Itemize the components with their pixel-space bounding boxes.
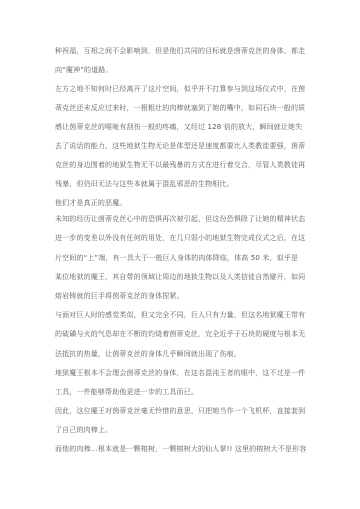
- text-line: 克丝的身边围着的地狱生物无不以最残暴的方式在进行着交合，尽管人类教徒再: [55, 160, 307, 170]
- text-line: 而他的肉棒...根本就是一颗榕树，一颗榕树大的仙人掌!! 这里的榕树大不是形容: [55, 444, 307, 454]
- text-line: 熔岩铸就的巨手将茵蒂克丝的身体捏紧。: [55, 291, 307, 301]
- text-line: 感让茵蒂克丝的喉咙有刮伤一般的疼痛，又经过 128 倍的放大，瞬间就让她失: [55, 122, 307, 132]
- document-page: 种祝福，互相之间不会影响到，但是他们共同的目标就是茵蒂克丝的身体，都走向“魔神”…: [0, 0, 360, 509]
- text-line: 进一步的变差以外没有任何的用处，在几只弱小的地狱生物完成仪式之后，在这: [55, 233, 307, 243]
- text-line: 蒂克丝还未反应过来时，一根粗壮的肉棒就塞到了她的嘴中，如同石块一般的质: [55, 103, 307, 113]
- text-line: 残暴，但仍旧无法与这些本就属于混乱邪恶的生物相比。: [55, 179, 307, 189]
- text-line: 种祝福，互相之间不会影响到，但是他们共同的目标就是茵蒂克丝的身体，都走: [55, 46, 307, 56]
- text-line: 的硫磺与火的气息却在不断的灼烧着茵蒂克丝，完全近乎于石块的硬度与根本无: [55, 329, 307, 339]
- text-line: 某位地狱的魔王，其自带的领域让周边的地狱生物以及人类信徒自然避开，如同: [55, 272, 307, 282]
- text-line: 他们才是真正的恶魔。: [55, 198, 307, 208]
- text-line: 工具，一件能够帮助他更进一步的工具而已。: [55, 387, 307, 397]
- text-line: 片空间的“上”端，有一具大于一般巨人身体的肉体降临，体高 50 米，似乎是: [55, 253, 307, 263]
- text-line: 向“魔神”的道路。: [55, 65, 307, 75]
- text-line: 左方之地不知何时已经离开了这片空间，似乎并不打算参与到这场仪式中，在茵: [55, 84, 307, 94]
- text-line: 未知的经历让茵蒂克丝心中的恐惧再次被引起，但这份恐惧除了让她的精神状态: [55, 214, 307, 224]
- text-line: 因此，这位魔王对茵蒂克丝毫无怜惜的意思，只把她当作一个飞机杯，直接套到: [55, 406, 307, 416]
- text-line: 去了说话的能力，这些地狱生物无论是体型还是速度都要比人类教徒要强，茵蒂: [55, 141, 307, 151]
- text-line: 法抵抗的热量，让茵蒂克丝的身体几乎瞬间就出现了伤痕。: [55, 349, 307, 359]
- text-line: 地狱魔王根本不会理会茵蒂克丝的身体，在这名混沌王者的眼中，这不过是一件: [55, 368, 307, 378]
- text-line: 与面对巨人时的感觉类似，但又完全不同，巨人只有力量，但这名地狱魔王带有: [55, 310, 307, 320]
- text-line: 了自己的肉棒上。: [55, 425, 307, 435]
